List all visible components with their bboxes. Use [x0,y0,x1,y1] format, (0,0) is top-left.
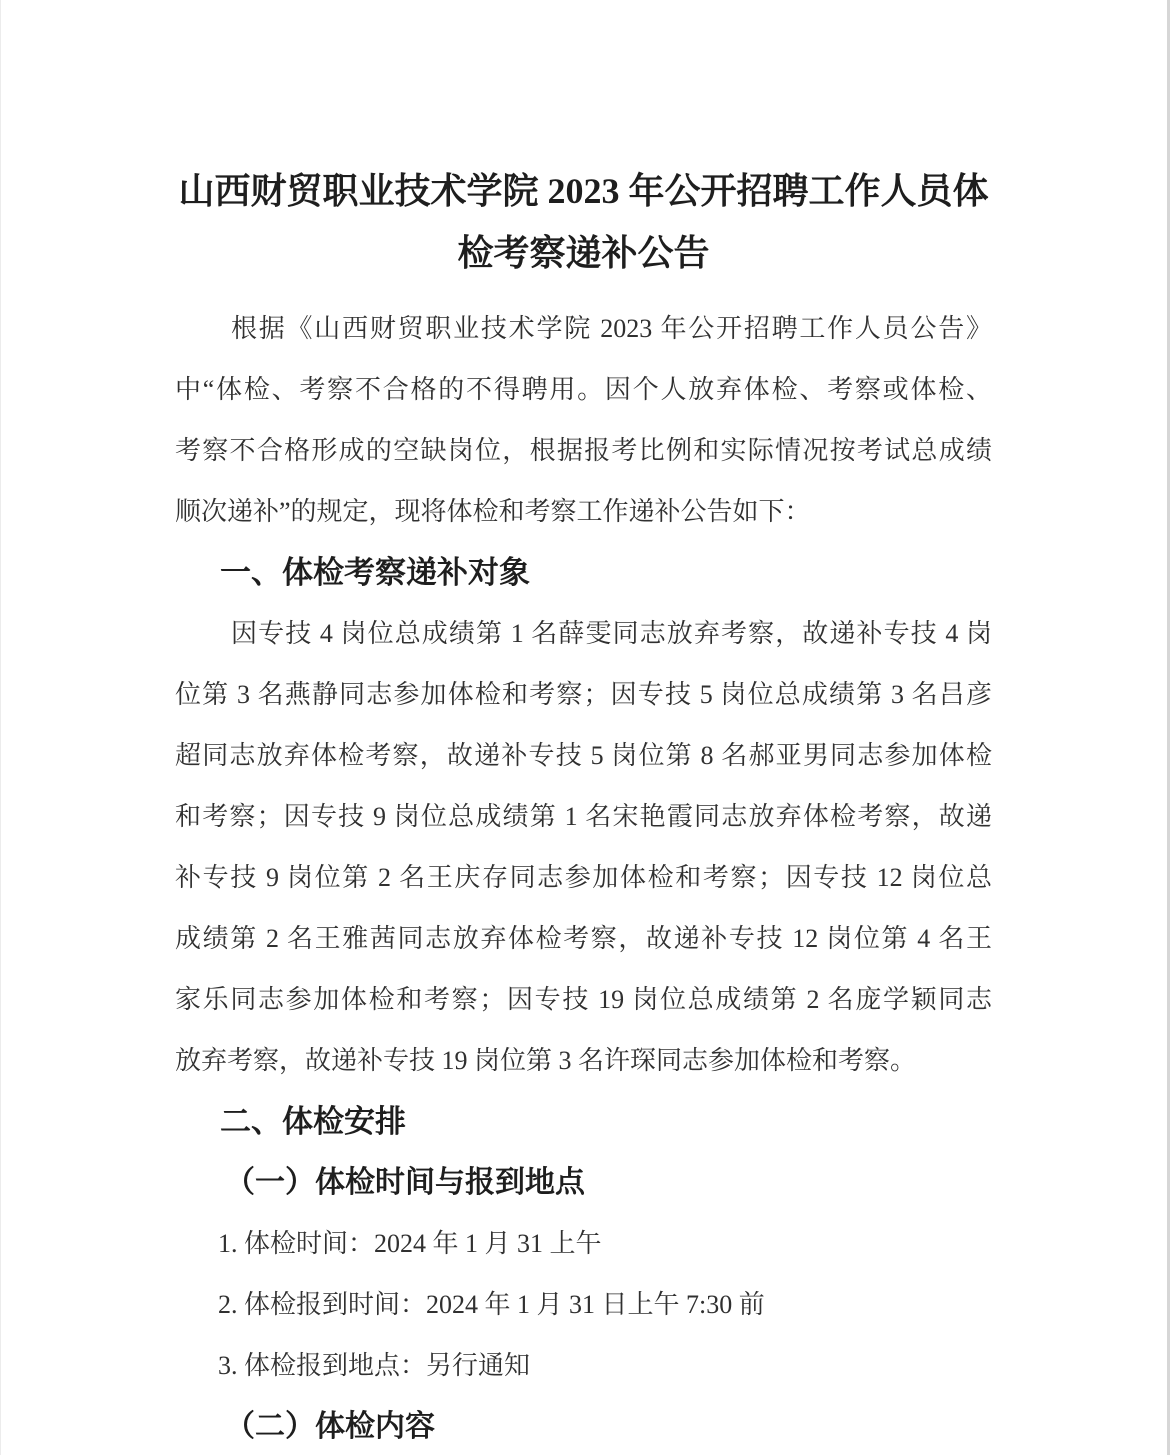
section1-line: 超同志放弃体检考察，故递补专技 5 岗位第 8 名郝亚男同志参加体检 [175,725,992,786]
section1-line: 位第 3 名燕静同志参加体检和考察；因专技 5 岗位总成绩第 3 名吕彦 [175,664,992,725]
intro-paragraph: 根据《山西财贸职业技术学院 2023 年公开招聘工作人员公告》 中“体检、考察不… [175,298,992,542]
section1-paragraph: 因专技 4 岗位总成绩第 1 名薛雯同志放弃考察，故递补专技 4 岗 位第 3 … [175,603,992,1091]
section1-line: 和考察；因专技 9 岗位总成绩第 1 名宋艳霞同志放弃体检考察，故递 [175,786,992,847]
section2-sub2-heading: （二）体检内容 [175,1396,992,1455]
page-left-edge [0,0,1,1455]
intro-line: 考察不合格形成的空缺岗位，根据报考比例和实际情况按考试总成绩 [175,420,992,481]
announcement-page: 山西财贸职业技术学院 2023 年公开招聘工作人员体 检考察递补公告 根据《山西… [0,0,1170,1455]
document-title-line-2: 检考察递补公告 [175,222,992,284]
section1-line: 补专技 9 岗位第 2 名王庆存同志参加体检和考察；因专技 12 岗位总 [175,847,992,908]
intro-line: 根据《山西财贸职业技术学院 2023 年公开招聘工作人员公告》 [175,298,992,359]
document-title-line-1: 山西财贸职业技术学院 2023 年公开招聘工作人员体 [175,160,992,222]
intro-line: 中“体检、考察不合格的不得聘用。因个人放弃体检、考察或体检、 [175,359,992,420]
section2-sub1-heading: （一）体检时间与报到地点 [175,1152,992,1213]
section1-line: 成绩第 2 名王雅茜同志放弃体检考察，故递补专技 12 岗位第 4 名王 [175,908,992,969]
item-exam-time: 1. 体检时间：2024 年 1 月 31 上午 [175,1213,992,1274]
document-content: 山西财贸职业技术学院 2023 年公开招聘工作人员体 检考察递补公告 根据《山西… [175,0,992,1455]
section1-line: 因专技 4 岗位总成绩第 1 名薛雯同志放弃考察，故递补专技 4 岗 [175,603,992,664]
section1-heading: 一、体检考察递补对象 [175,542,992,603]
section1-line: 家乐同志参加体检和考察；因专技 19 岗位总成绩第 2 名庞学颖同志 [175,969,992,1030]
section1-line: 放弃考察，故递补专技 19 岗位第 3 名许琛同志参加体检和考察。 [175,1030,992,1091]
section2-heading: 二、体检安排 [175,1091,992,1152]
item-report-location: 3. 体检报到地点：另行通知 [175,1335,992,1396]
document-title: 山西财贸职业技术学院 2023 年公开招聘工作人员体 检考察递补公告 [175,160,992,284]
intro-line: 顺次递补”的规定，现将体检和考察工作递补公告如下： [175,481,992,542]
item-report-time: 2. 体检报到时间：2024 年 1 月 31 日上午 7:30 前 [175,1274,992,1335]
